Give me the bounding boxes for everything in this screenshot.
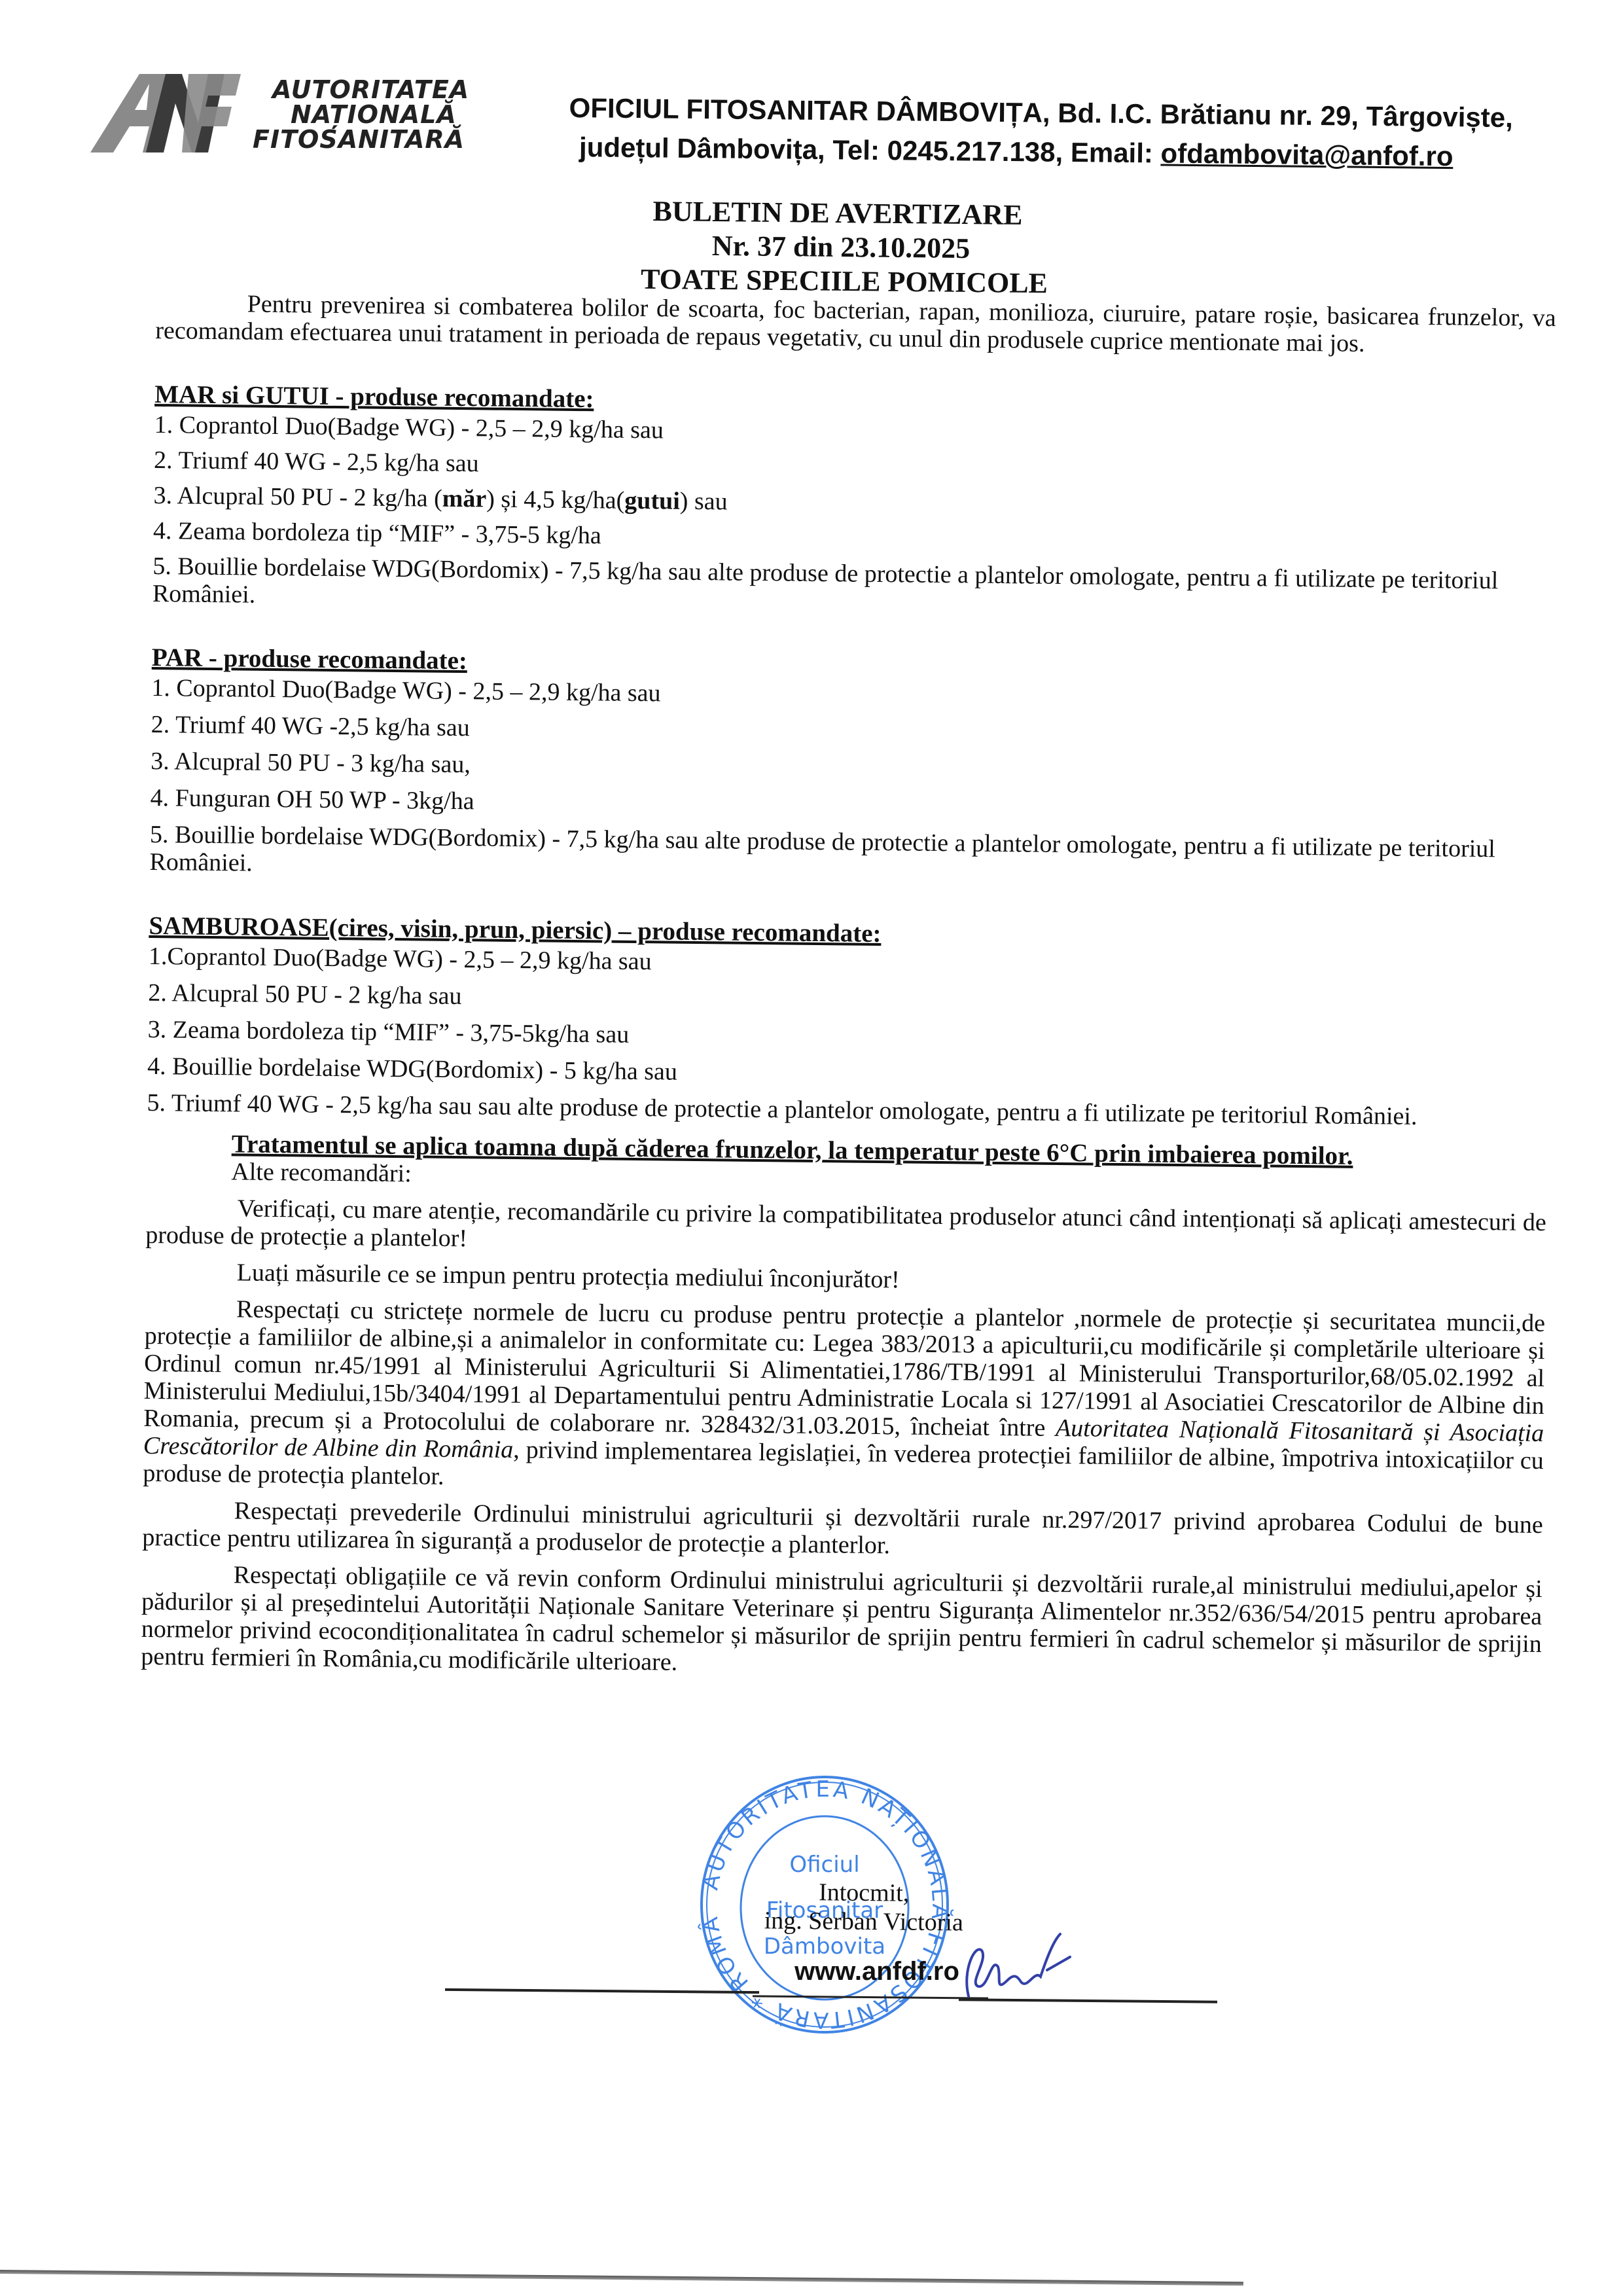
logo-line-3: FITOSANITARĂ	[253, 127, 469, 152]
list-item: 5. Bouillie bordelaise WDG(Bordomix) - 7…	[152, 552, 1554, 622]
item-text: ) și 4,5 kg/ha(	[486, 485, 625, 514]
anf-logo-text: AUTORITATEA NAȚIONALĂ FITOSANITARĂ	[253, 77, 469, 152]
list-item: 5. Triumf 40 WG - 2,5 kg/ha sau sau alte…	[147, 1089, 1547, 1132]
bulletin-page: AUTORITATEA NAȚIONALĂ FITOSANITARĂ OFICI…	[0, 0, 1623, 2296]
list-item: 3. Zeama bordoleza tip “MIF” - 3,75-5kg/…	[148, 1016, 1548, 1058]
svg-text:Oficiul: Oficiul	[789, 1852, 859, 1878]
section-list-par: 1. Coprantol Duo(Badge WG) - 2,5 – 2,9 k…	[149, 674, 1552, 891]
section-list-samburoase: 1.Coprantol Duo(Badge WG) - 2,5 – 2,9 kg…	[147, 942, 1549, 1132]
paragraph-text-italic: Autoritatea Națională Fitosanitară	[1056, 1414, 1414, 1446]
email-link[interactable]: ofdambovita@anfof.ro	[1160, 137, 1453, 171]
bulletin-title: BULETIN DE AVERTIZARE Nr. 37 din 23.10.2…	[0, 196, 1623, 298]
anf-logo-mark-icon	[84, 71, 241, 156]
list-item: 4. Zeama bordoleza tip “MIF” - 3,75-5 kg…	[153, 517, 1554, 560]
prepared-by-label: Intocmit,	[681, 1876, 1047, 1909]
item-text: 3. Alcupral 50 PU - 2 kg/ha (	[153, 482, 442, 512]
signature-block: Intocmit, ing. Serban Victoria	[681, 1876, 1048, 1938]
item-text-bold: gutui	[624, 487, 680, 515]
list-item: 5. Bouillie bordelaise WDG(Bordomix) - 7…	[149, 821, 1550, 891]
page-edge-shadow	[0, 2270, 1243, 2286]
list-item: 2. Alcupral 50 PU - 2 kg/ha sau	[148, 979, 1548, 1022]
recommendation-environment: Luați măsurile ce se impun pentru protec…	[145, 1258, 1546, 1300]
list-item: 4. Bouillie bordelaise WDG(Bordomix) - 5…	[147, 1052, 1548, 1095]
section-list-mar-gutui: 1. Coprantol Duo(Badge WG) - 2,5 – 2,9 k…	[152, 411, 1555, 622]
recommendation-obligations: Respectați obligațiile ce vă revin confo…	[141, 1560, 1543, 1685]
logo-line-1: AUTORITATEA	[253, 77, 469, 102]
list-item: 3. Alcupral 50 PU - 3 kg/ha sau,	[151, 747, 1551, 790]
item-text-bold: măr	[442, 485, 486, 513]
logo-line-2: NAȚIONALĂ	[253, 102, 469, 127]
recommendation-work-norms: Respectați cu strictețe normele de lucru…	[143, 1295, 1545, 1502]
list-item: 2. Triumf 40 WG - 2,5 kg/ha sau	[154, 446, 1554, 489]
list-item: 4. Funguran OH 50 WP - 3kg/ha	[150, 784, 1550, 827]
office-contact-text: județul Dâmbovița, Tel: 0245.217.138, Em…	[579, 132, 1161, 168]
bulletin-body: Pentru prevenirea si combaterea bolilor …	[141, 289, 1556, 1685]
office-contact-line: județul Dâmbovița, Tel: 0245.217.138, Em…	[569, 128, 1446, 176]
list-item: 3. Alcupral 50 PU - 2 kg/ha (măr) și 4,5…	[153, 482, 1554, 524]
item-text: ) sau	[680, 488, 728, 516]
svg-text:Dâmbovita: Dâmbovita	[764, 1933, 885, 1960]
handwritten-signature-icon	[955, 1931, 1080, 2003]
recommendation-good-practice: Respectați prevederile Ordinului ministr…	[142, 1496, 1543, 1566]
recommendation-compatibility: Verificați, cu mare atenție, recomandări…	[145, 1194, 1546, 1264]
paragraph-text: și	[1413, 1418, 1450, 1446]
office-header: OFICIUL FITOSANITAR DÂMBOVIȚA, Bd. I.C. …	[569, 88, 1446, 176]
anf-logo: AUTORITATEA NAȚIONALĂ FITOSANITARĂ	[84, 71, 463, 156]
list-item: 2. Triumf 40 WG -2,5 kg/ha sau	[151, 711, 1552, 753]
